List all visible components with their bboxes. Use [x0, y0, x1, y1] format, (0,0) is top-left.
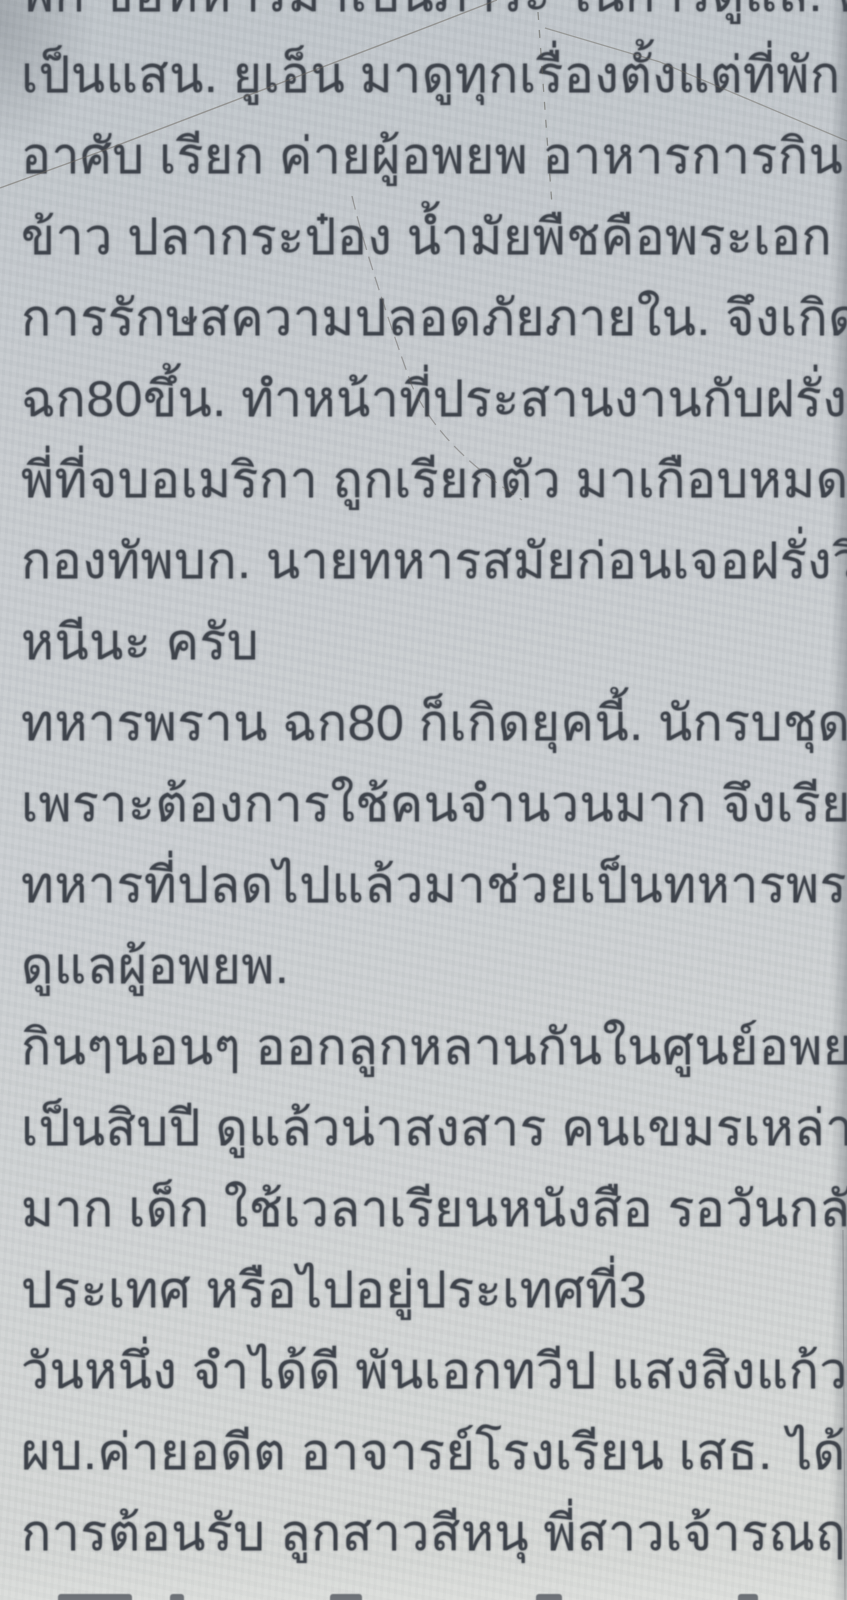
- text-line: กินๆนอนๆ ออกลูกหลานกันในศูนย์อพยพ: [21, 1007, 847, 1088]
- text-line: ทหารพราน ฉก80 ก็เกิดยุคนี้. นักรบชุดดำ: [21, 683, 847, 764]
- text-line: พี่ที่จบอเมริกา ถูกเรียกตัว มาเกือบหมด: [21, 440, 847, 521]
- text-line: ฉก80ขึ้น. ทำหน้าที่ประสานงานกับฝรั่ง: [21, 359, 847, 440]
- text-line: พัก ขอทหารมาเป็นภาระ ในการดูแล. คน: [21, 0, 847, 35]
- text-line: เป็นสิบปี ดูแล้วน่าสงสาร คนเขมรเหล่านี้: [21, 1088, 847, 1169]
- text-line: การรักษสความปลอดภัยภายใน. จึงเกิด: [21, 278, 847, 359]
- thai-paragraph-text: พัก ขอทหารมาเป็นภาระ ในการดูแล. คนเป็นแส…: [21, 0, 847, 1574]
- text-line: มาก เด็ก ใช้เวลาเรียนหนังสือ รอวันกลับ: [21, 1169, 847, 1250]
- photo-of-text-document: พัก ขอทหารมาเป็นภาระ ในการดูแล. คนเป็นแส…: [0, 0, 847, 1600]
- text-line: ประเทศ หรือไปอยู่ประเทศที่3: [21, 1250, 847, 1331]
- text-line: ข้าว ปลากระป๋อง น้ำมัยพืชคือพระเอก: [21, 197, 847, 278]
- text-line: ดูแลผู้อพยพ.: [21, 926, 847, 1007]
- text-line: กองทัพบก. นายทหารสมัยก่อนเจอฝรั่งวิ่ง: [21, 521, 847, 602]
- text-line: วันหนึ่ง จำได้ดี พันเอกทวีป แสงสิงแก้ว: [21, 1331, 847, 1412]
- text-line: ทหารที่ปลดไปแล้วมาช่วยเป็นทหารพราย: [21, 845, 847, 926]
- text-line: ผบ.ค่ายอดีต อาจารย์โรงเรียน เสธ. ได้รับ: [21, 1412, 847, 1493]
- cut-off-next-line-glyph-tops: [0, 1586, 847, 1600]
- text-line: เพราะต้องการใช้คนจำนวนมาก จึงเรียก: [21, 764, 847, 845]
- text-line: อาศับ เรียก ค่ายผู้อพยพ อาหารการกิน: [21, 116, 847, 197]
- text-line: หนีนะ ครับ: [21, 602, 847, 683]
- text-line: เป็นแสน. ยูเอ็น มาดูทุกเรื่องตั้งแต่ที่พ…: [21, 35, 847, 116]
- text-line: การต้อนรับ ลูกสาวสีหนุ พี่สาวเจ้ารณฤทธิ์…: [21, 1493, 847, 1574]
